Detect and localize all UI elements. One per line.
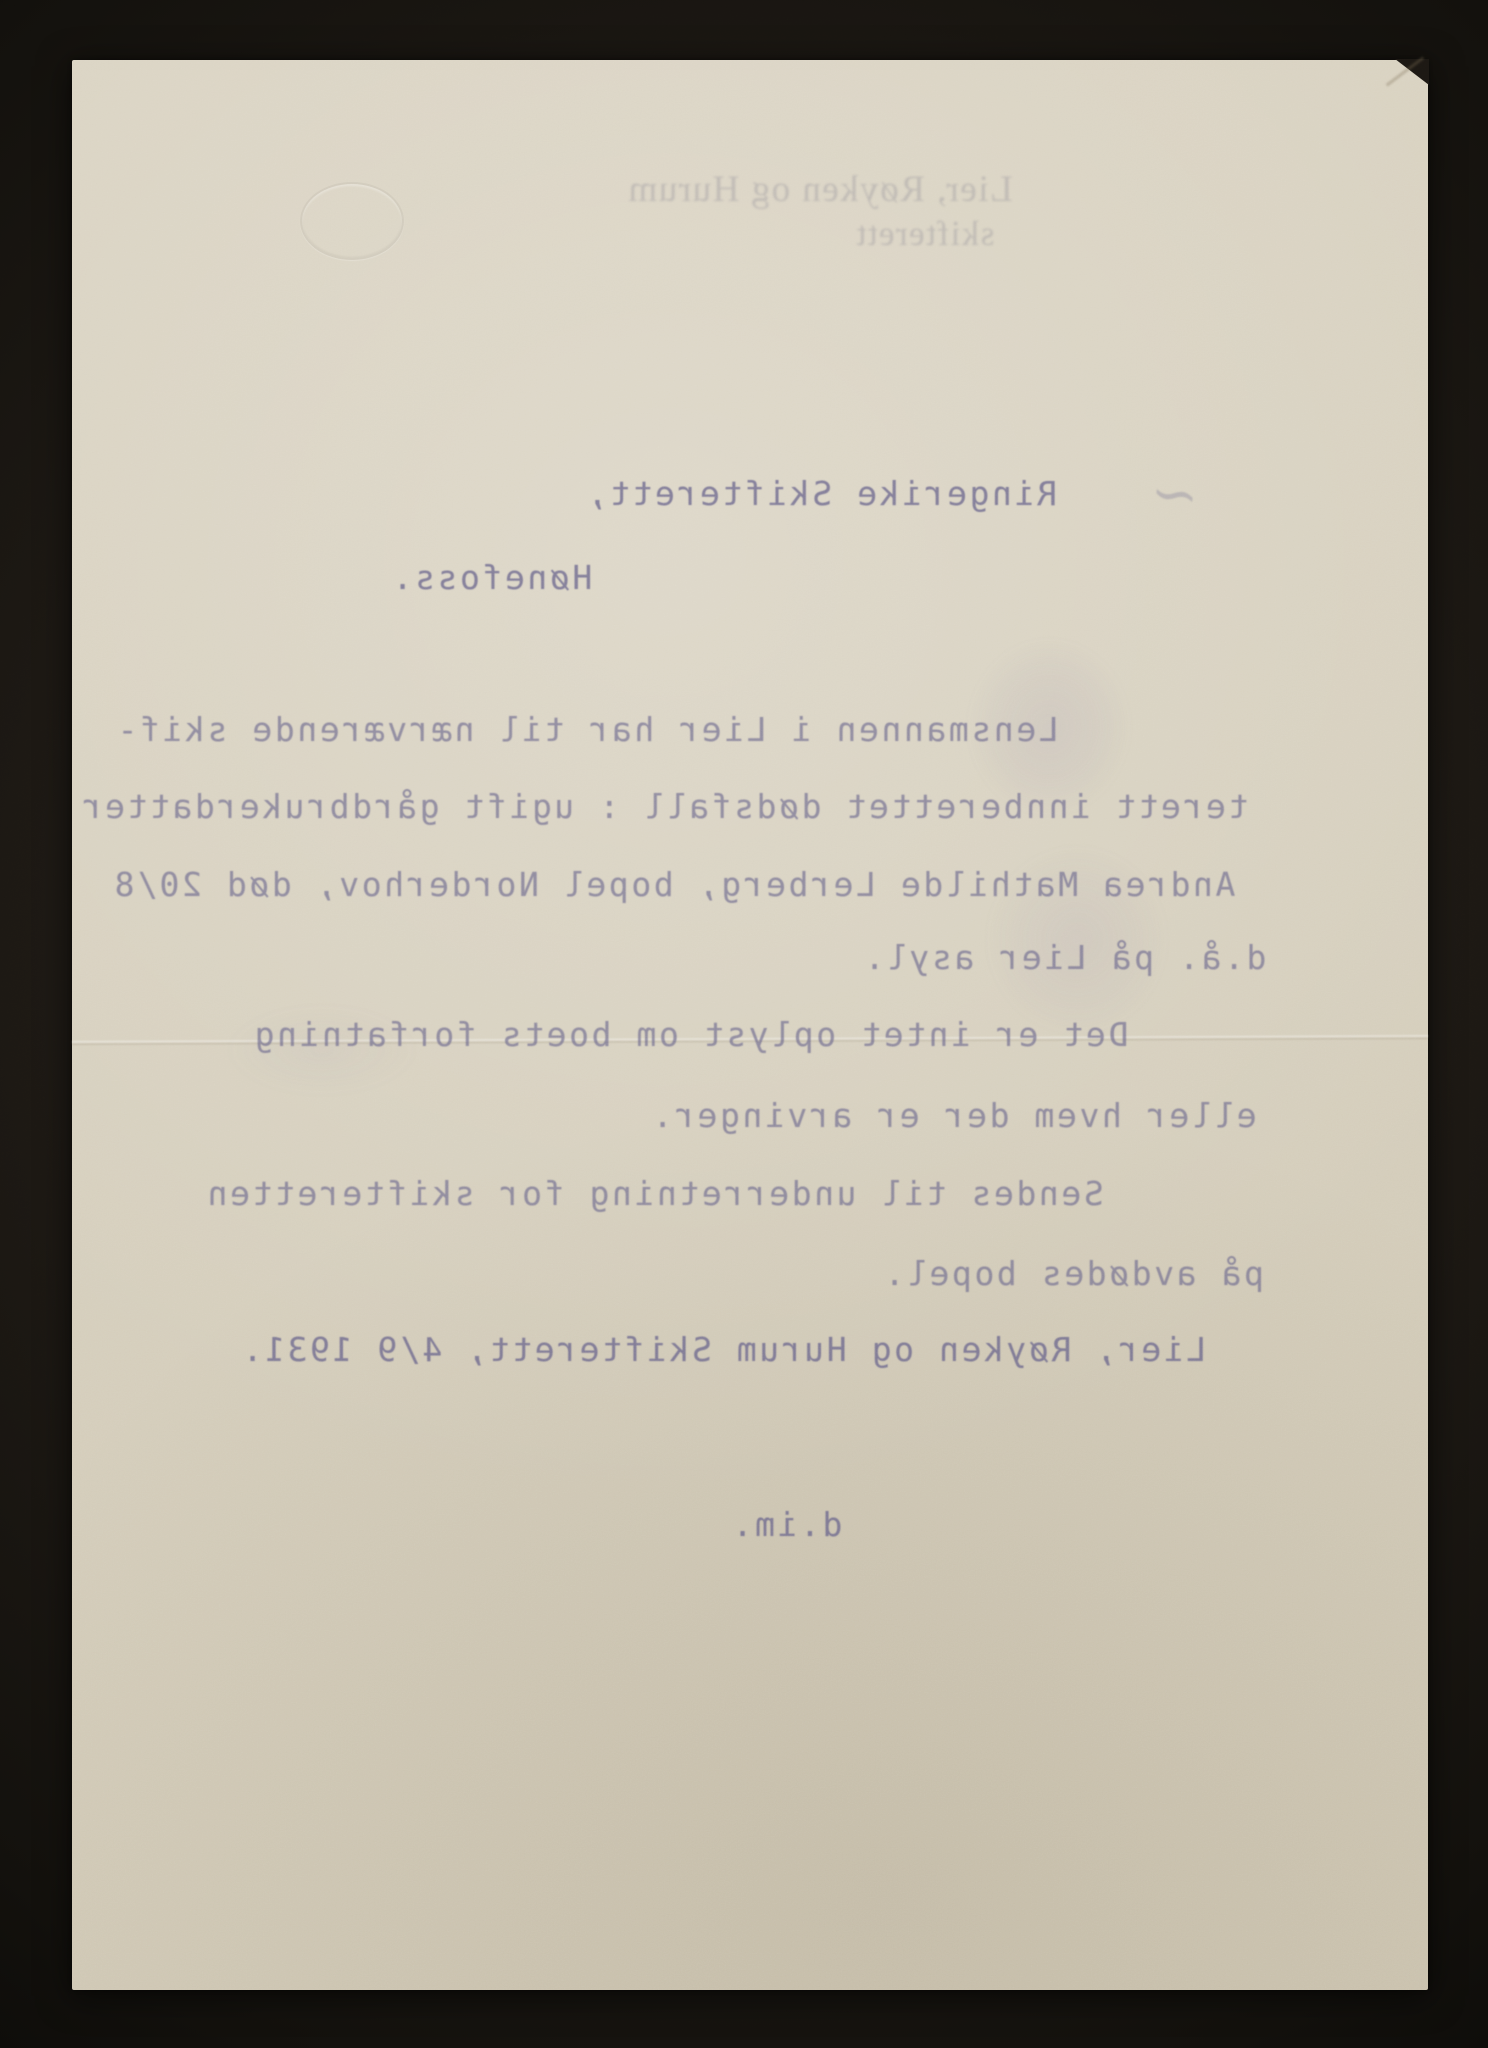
body-line: Det er intet oplyst om boets forfatning — [252, 1015, 1128, 1054]
scanned-letter-verso: Lier, Røyken og Hurum skifterett Ringeri… — [72, 60, 1428, 1990]
body-line: Lensmannen i Lier har til nærværende ski… — [115, 710, 1059, 749]
mirrored-text-layer: Lier, Røyken og Hurum skifterett Ringeri… — [72, 60, 1428, 1990]
handwritten-tick-mark: ~ — [1147, 458, 1202, 531]
address-city-line: Hønefoss. — [390, 558, 592, 597]
body-line: eller hvem der er arvinger. — [650, 1096, 1257, 1135]
footer-initials: d.im. — [730, 1505, 842, 1544]
body-line: terett innberettet dødsfall : ugift gård… — [80, 787, 1248, 826]
address-court-line: Ringerike Skifterett, — [585, 474, 1057, 513]
body-line: d.å. på Lier asyl. — [862, 938, 1266, 977]
body-line: Andrea Mathilde Lerberg, bopel Norderhov… — [112, 865, 1235, 904]
body-line: på avdødes bopel. — [882, 1254, 1264, 1293]
letterhead-stamp-line1: Lier, Røyken og Hurum — [627, 168, 1013, 211]
body-line: Sendes til underretning for skifteretten — [205, 1174, 1104, 1213]
letterhead-stamp-line2: skifterett — [855, 214, 994, 254]
dateline: Lier, Røyken og Hurum Skifterett, 4/9 19… — [240, 1330, 1206, 1369]
